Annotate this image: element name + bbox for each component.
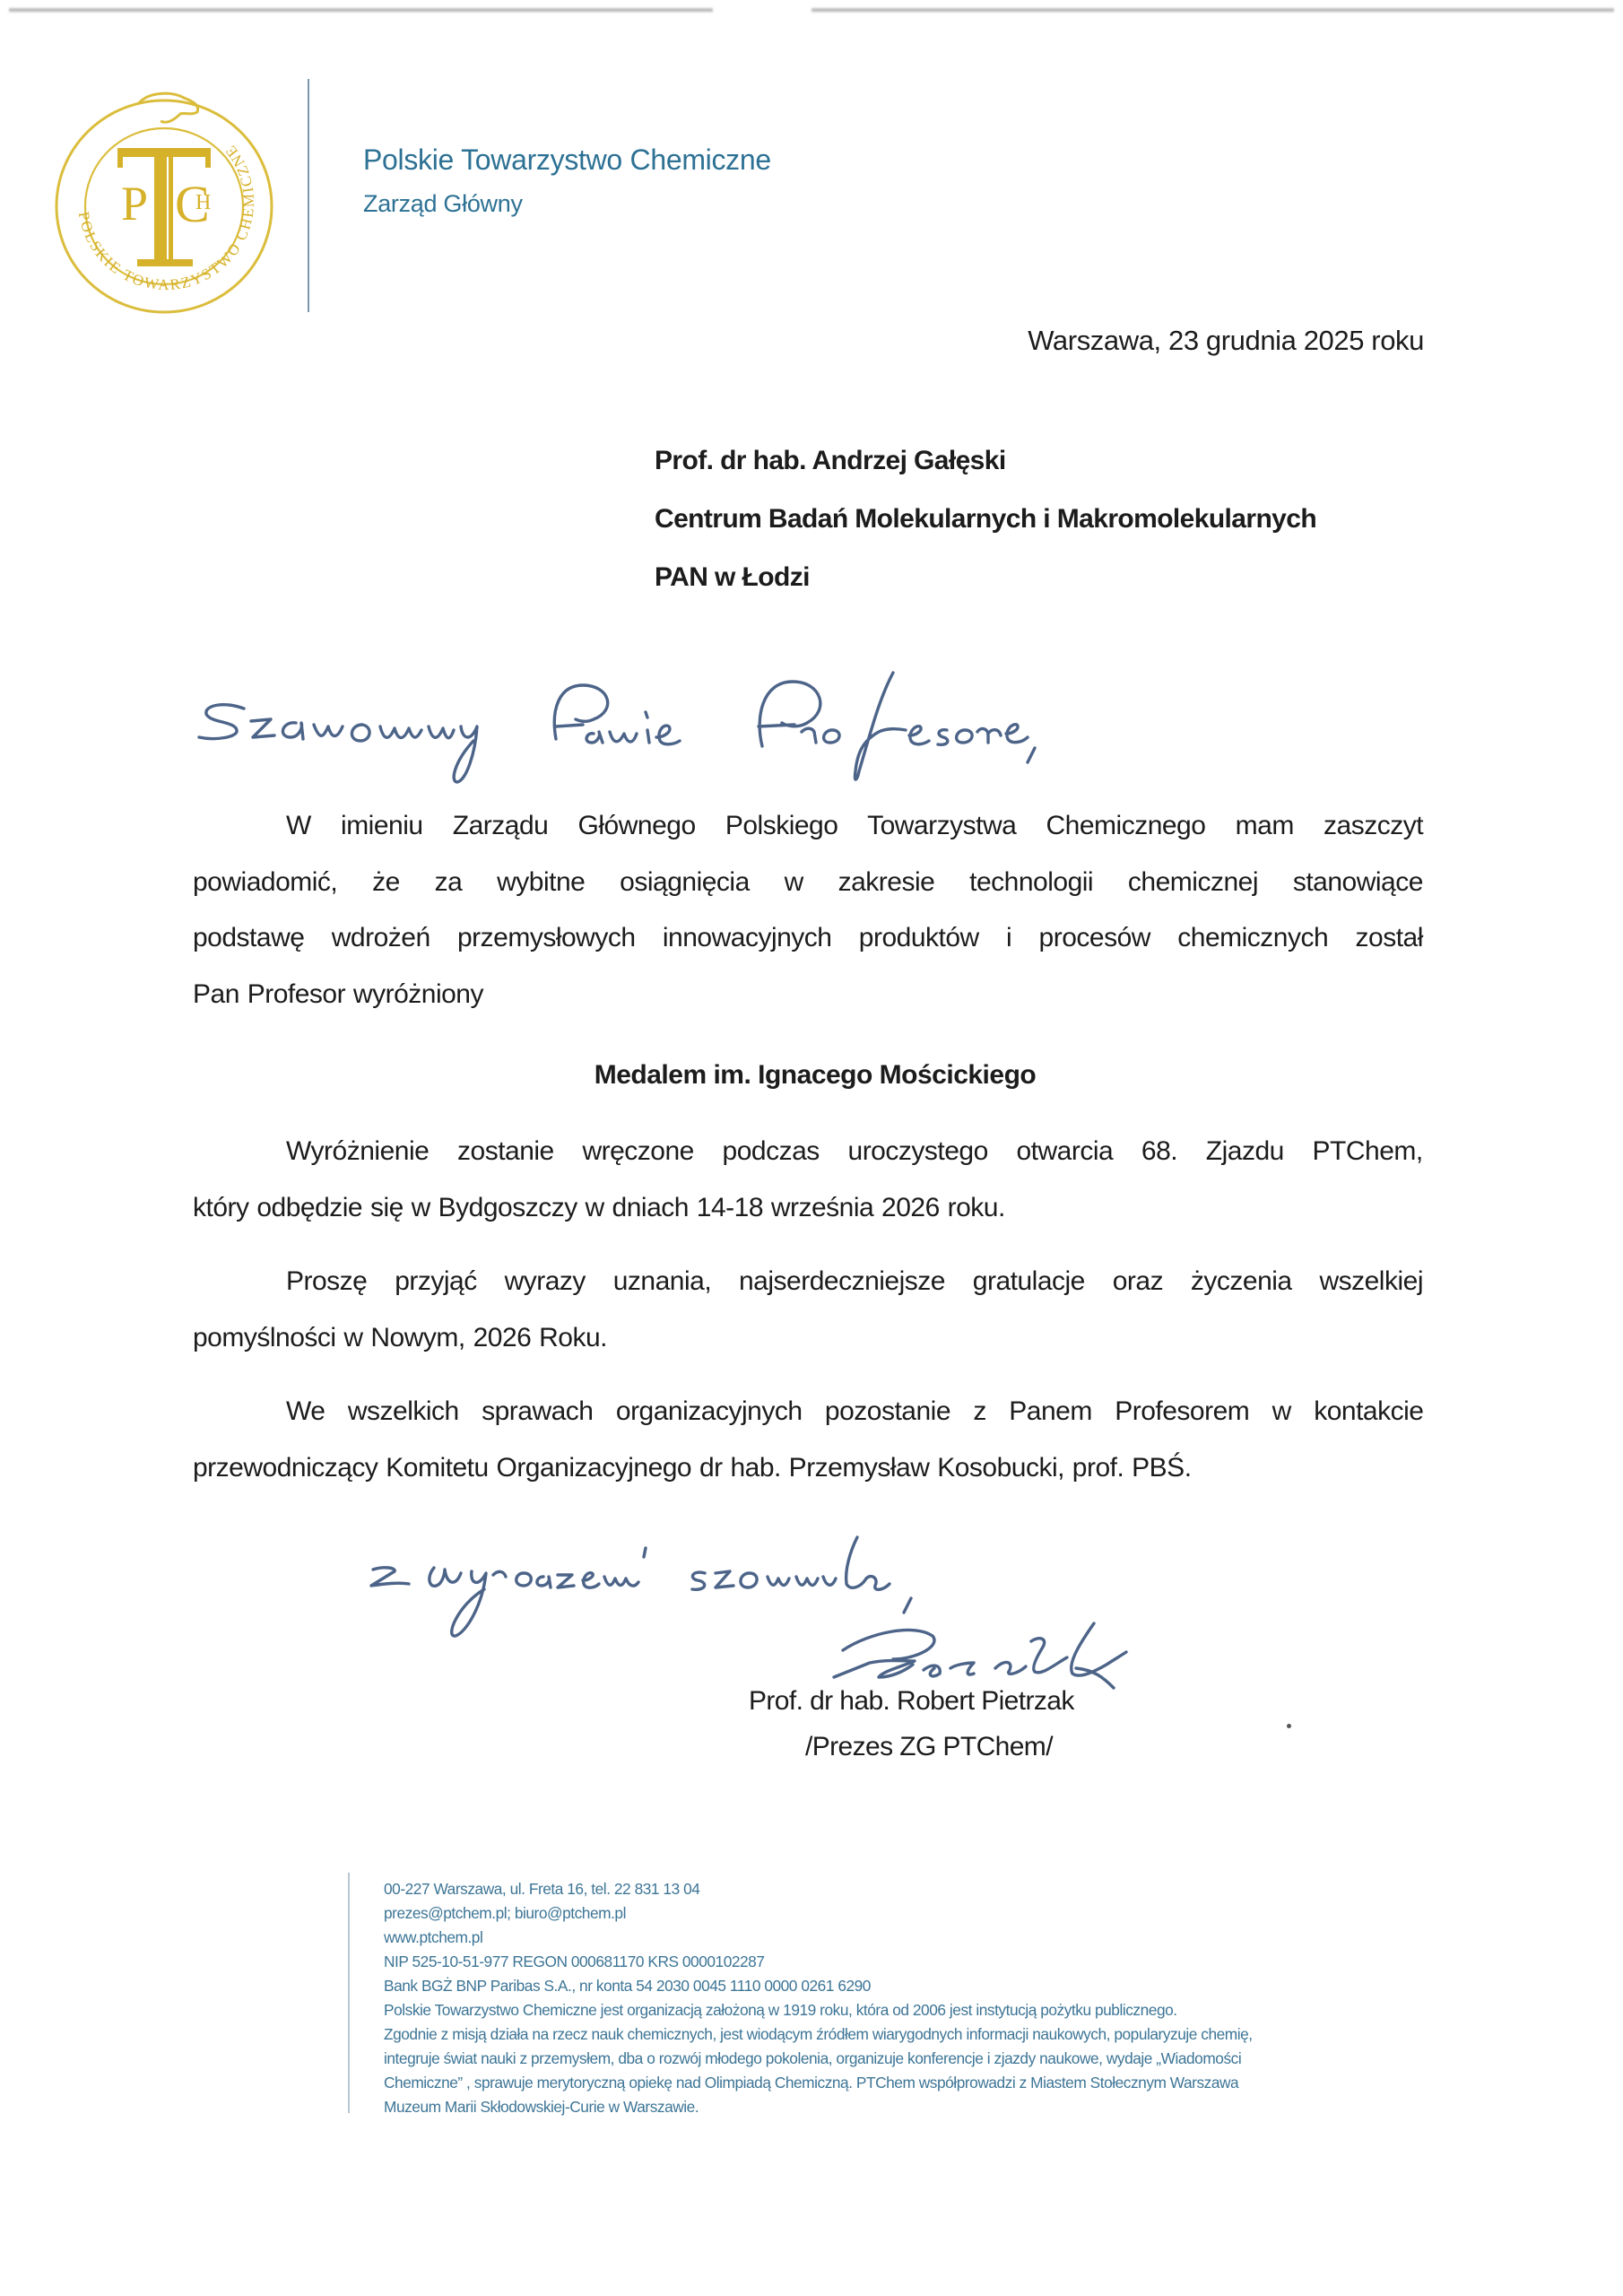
logo-letter-p: P: [121, 177, 148, 230]
org-subtitle: Zarząd Główny: [363, 190, 523, 218]
paragraph-award-notice: W imieniu Zarządu Głównego Polskiego Tow…: [193, 798, 1423, 1022]
scan-edge-right: [811, 7, 1614, 13]
addressee-name: Prof. dr hab. Andrzej Gałęski: [655, 446, 1006, 476]
scan-edge-left: [9, 7, 713, 13]
org-name: Polskie Towarzystwo Chemiczne: [363, 143, 771, 177]
text-line: Wyróżnienie zostanie wręczone podczas ur…: [286, 1124, 1423, 1180]
text-line: We wszelkich sprawach organizacyjnych po…: [286, 1384, 1423, 1440]
paragraph-ceremony: Wyróżnienie zostanie wręczone podczas ur…: [193, 1124, 1423, 1236]
text-line: pomyślności w Nowym, 2026 Roku.: [193, 1323, 607, 1352]
footer-mission: Chemiczne” , sprawuje merytoryczną opiek…: [384, 2071, 1253, 2095]
footer-address: 00-227 Warszawa, ul. Freta 16, tel. 22 8…: [384, 1877, 1253, 1901]
footer-website-link[interactable]: www.ptchem.pl: [384, 1926, 1253, 1950]
footer-registration: NIP 525-10-51-977 REGON 000681170 KRS 00…: [384, 1950, 1253, 1974]
text-line: który odbędzie się w Bydgoszczy w dniach…: [193, 1193, 1005, 1222]
footer-email-link[interactable]: prezes@ptchem.pl; biuro@ptchem.pl: [384, 1901, 1253, 1926]
paragraph-contact: We wszelkich sprawach organizacyjnych po…: [193, 1384, 1423, 1496]
footer-mission: Zgodnie z misją działa na rzecz nauk che…: [384, 2022, 1253, 2047]
ptchem-seal-logo-icon: P C H POLSKIE TOWARZYSTWO CHEMICZNE: [49, 85, 282, 318]
award-title-text: Medalem im. Ignacego Mościckiego: [595, 1060, 1036, 1090]
footer-bank: Bank BGŻ BNP Paribas S.A., nr konta 54 2…: [384, 1974, 1253, 1998]
signatory-title: /Prezes ZG PTChem/: [805, 1732, 1053, 1762]
footer-mission: Muzeum Marii Skłodowskiej-Curie w Warsza…: [384, 2095, 1253, 2119]
paragraph-congratulations: Proszę przyjąć wyrazy uznania, najserdec…: [193, 1254, 1423, 1366]
addressee-location: PAN w Łodzi: [655, 562, 810, 593]
text-line: Proszę przyjąć wyrazy uznania, najserdec…: [286, 1254, 1423, 1310]
footer-about: Polskie Towarzystwo Chemiczne jest organ…: [384, 1998, 1253, 2022]
footer-divider: [348, 1873, 350, 2113]
handwritten-salutation: Szanowny Panie Profesorze,: [188, 655, 1076, 789]
letterhead-divider: [308, 79, 309, 312]
footer-contact: 00-227 Warszawa, ul. Freta 16, tel. 22 8…: [384, 1877, 1253, 2119]
addressee-institution: Centrum Badań Molekularnych i Makromolek…: [655, 504, 1316, 535]
text-line: W imieniu Zarządu Głównego Polskiego Tow…: [286, 798, 1423, 855]
text-line: powiadomić, że za wybitne osiągnięcia w …: [193, 855, 1423, 911]
scan-dot: [1287, 1724, 1291, 1728]
signatory-name: Prof. dr hab. Robert Pietrzak: [749, 1686, 1074, 1717]
footer-mission: integruje świat nauki z przemysłem, dba …: [384, 2047, 1253, 2071]
date-line: Warszawa, 23 grudnia 2025 roku: [1028, 325, 1424, 357]
award-title: Medalem im. Ignacego Mościckiego: [0, 1060, 1623, 1091]
text-line: podstawę wdrożeń przemysłowych innowacyj…: [193, 910, 1423, 967]
text-line: Pan Profesor wyróżniony: [193, 979, 483, 1009]
svg-text:H: H: [195, 191, 211, 214]
text-line: przewodniczący Komitetu Organizacyjnego …: [193, 1453, 1192, 1483]
